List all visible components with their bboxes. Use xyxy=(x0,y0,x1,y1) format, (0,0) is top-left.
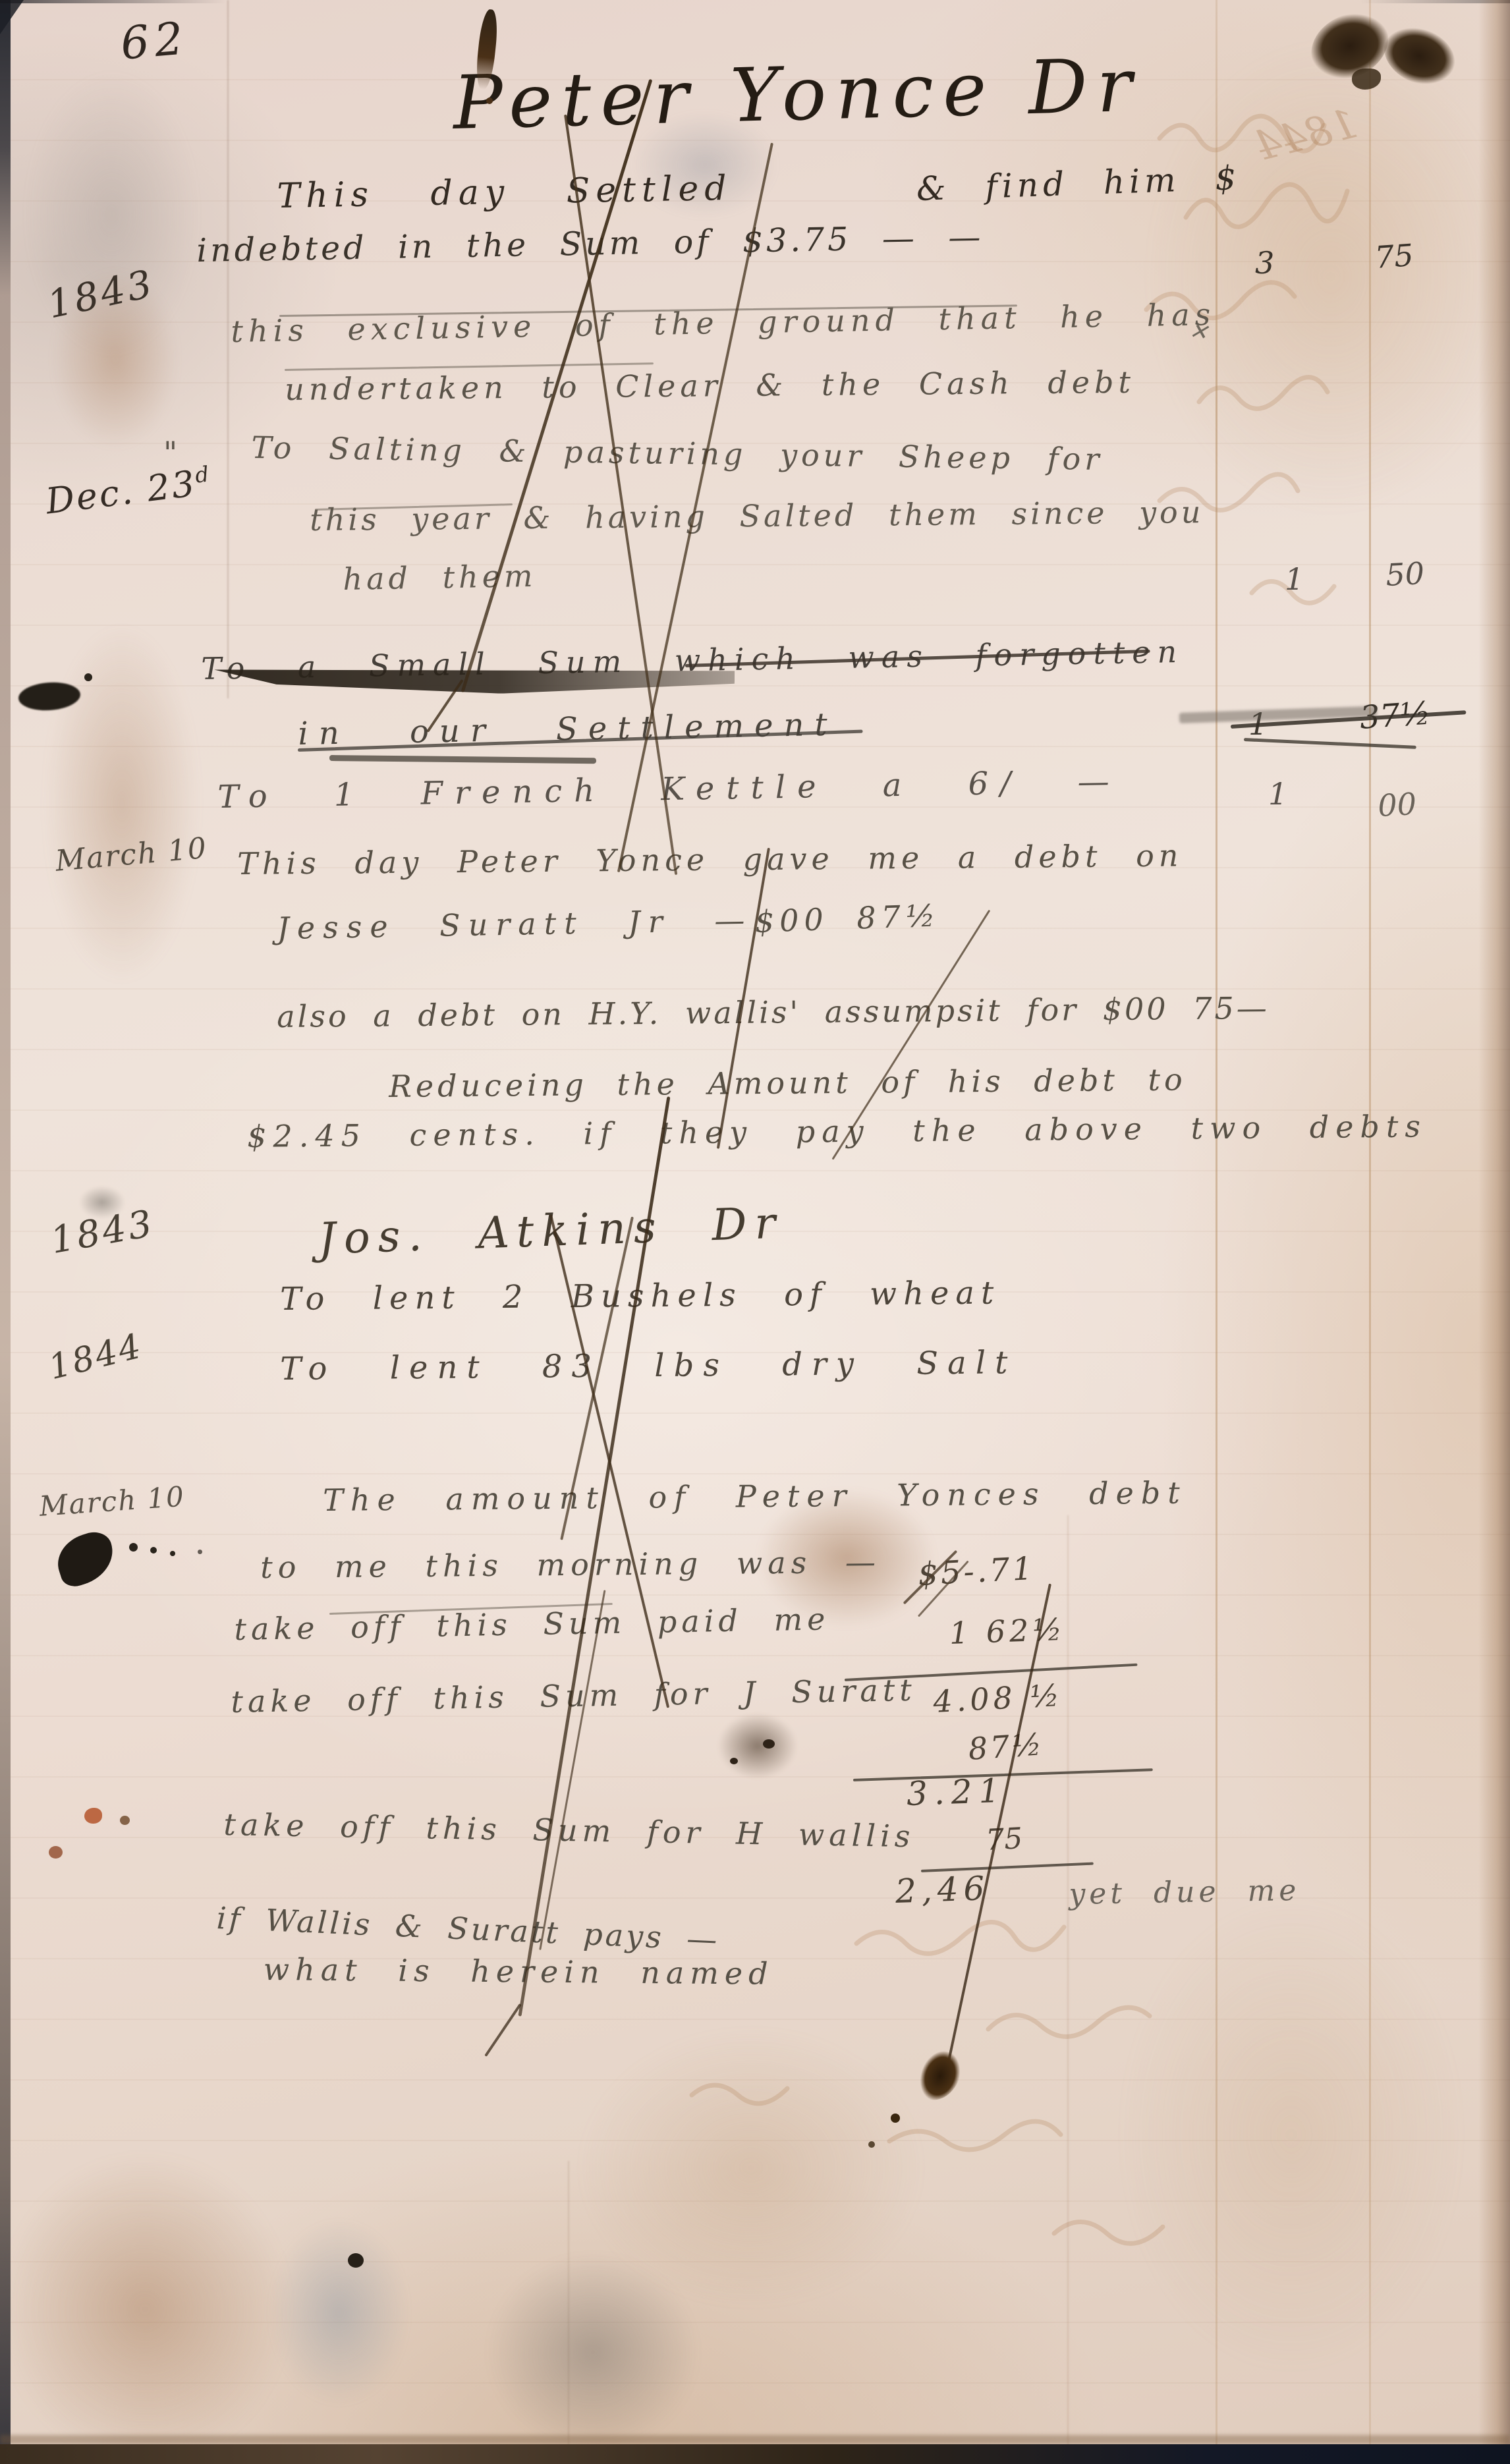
entry-line: had them xyxy=(343,558,537,597)
ink-speck xyxy=(84,673,92,681)
ink-speck xyxy=(891,2114,900,2123)
paper-crease xyxy=(227,0,229,698)
page-edge-right xyxy=(1478,0,1510,2464)
stain xyxy=(580,2029,922,2306)
summary-note: yet due me xyxy=(1069,1874,1300,1911)
amount-cents: 50 xyxy=(1385,555,1425,593)
ditto-mark: " xyxy=(163,435,177,470)
page-number: 62 xyxy=(119,13,190,70)
page-edge-top xyxy=(0,0,1510,3)
ink-speck xyxy=(129,1543,138,1552)
stain xyxy=(270,2220,408,2405)
entry-line: Reduceing the Amount of his debt to xyxy=(389,1061,1187,1104)
ink-speck xyxy=(170,1551,175,1556)
summary-amount: 75 xyxy=(985,1822,1024,1857)
ink-speck xyxy=(198,1550,202,1554)
summary-amount: 4.08 ½ xyxy=(932,1677,1064,1720)
entry-line: undertaken to Clear & the Cash debt xyxy=(285,364,1135,407)
amount-cents: 75 xyxy=(1374,237,1414,275)
summary-line: The amount of Peter Yonces debt xyxy=(323,1475,1187,1518)
summary-line: what is herein named xyxy=(264,1951,774,1992)
amount-dollars: 3 xyxy=(1255,245,1274,281)
amount-dollars: 1 xyxy=(1285,561,1304,597)
ink-speck xyxy=(763,1739,775,1749)
ink-speck xyxy=(348,2253,364,2268)
page-edge-shadow-bottom xyxy=(0,2435,1510,2444)
amount-dollars: 1 xyxy=(1268,776,1287,812)
paper-crease xyxy=(1067,1515,1069,2464)
entry-line: This day Settled xyxy=(277,169,733,216)
stain xyxy=(46,626,198,982)
rust-spot xyxy=(49,1846,63,1859)
entry-line: To lent 83 lbs dry Salt xyxy=(280,1344,1017,1387)
stain xyxy=(718,1713,797,1779)
account-title-peter-yonce: Peter Yonce Dr xyxy=(452,43,1142,146)
book-edge-bottom xyxy=(0,2444,1510,2464)
stain xyxy=(0,2154,290,2464)
summary-amount: 87½ xyxy=(967,1726,1046,1767)
stain xyxy=(1120,1897,1463,2372)
ink-speck xyxy=(730,1758,738,1764)
ink-speck xyxy=(868,2141,875,2148)
summary-amount: 1 62½ xyxy=(949,1611,1067,1651)
amount-cents: 00 xyxy=(1377,786,1417,824)
ledger-page-scan: 62 Peter Yonce Dr 1843 Dec. 23d This day… xyxy=(0,0,1510,2464)
summary-amount-total: 2,46 xyxy=(895,1869,990,1911)
margin-date-superscript: d xyxy=(194,461,212,488)
rust-spot xyxy=(84,1808,102,1824)
rust-spot xyxy=(120,1816,130,1825)
entry-amount-inline: $00 87½ xyxy=(754,897,941,939)
book-binding-edge-left xyxy=(0,0,11,2464)
margin-cross-mark: ✕ xyxy=(1187,318,1210,347)
ink-speck xyxy=(486,98,493,104)
ink-speck xyxy=(150,1547,157,1554)
summary-line: to me this morning was — xyxy=(260,1544,881,1585)
